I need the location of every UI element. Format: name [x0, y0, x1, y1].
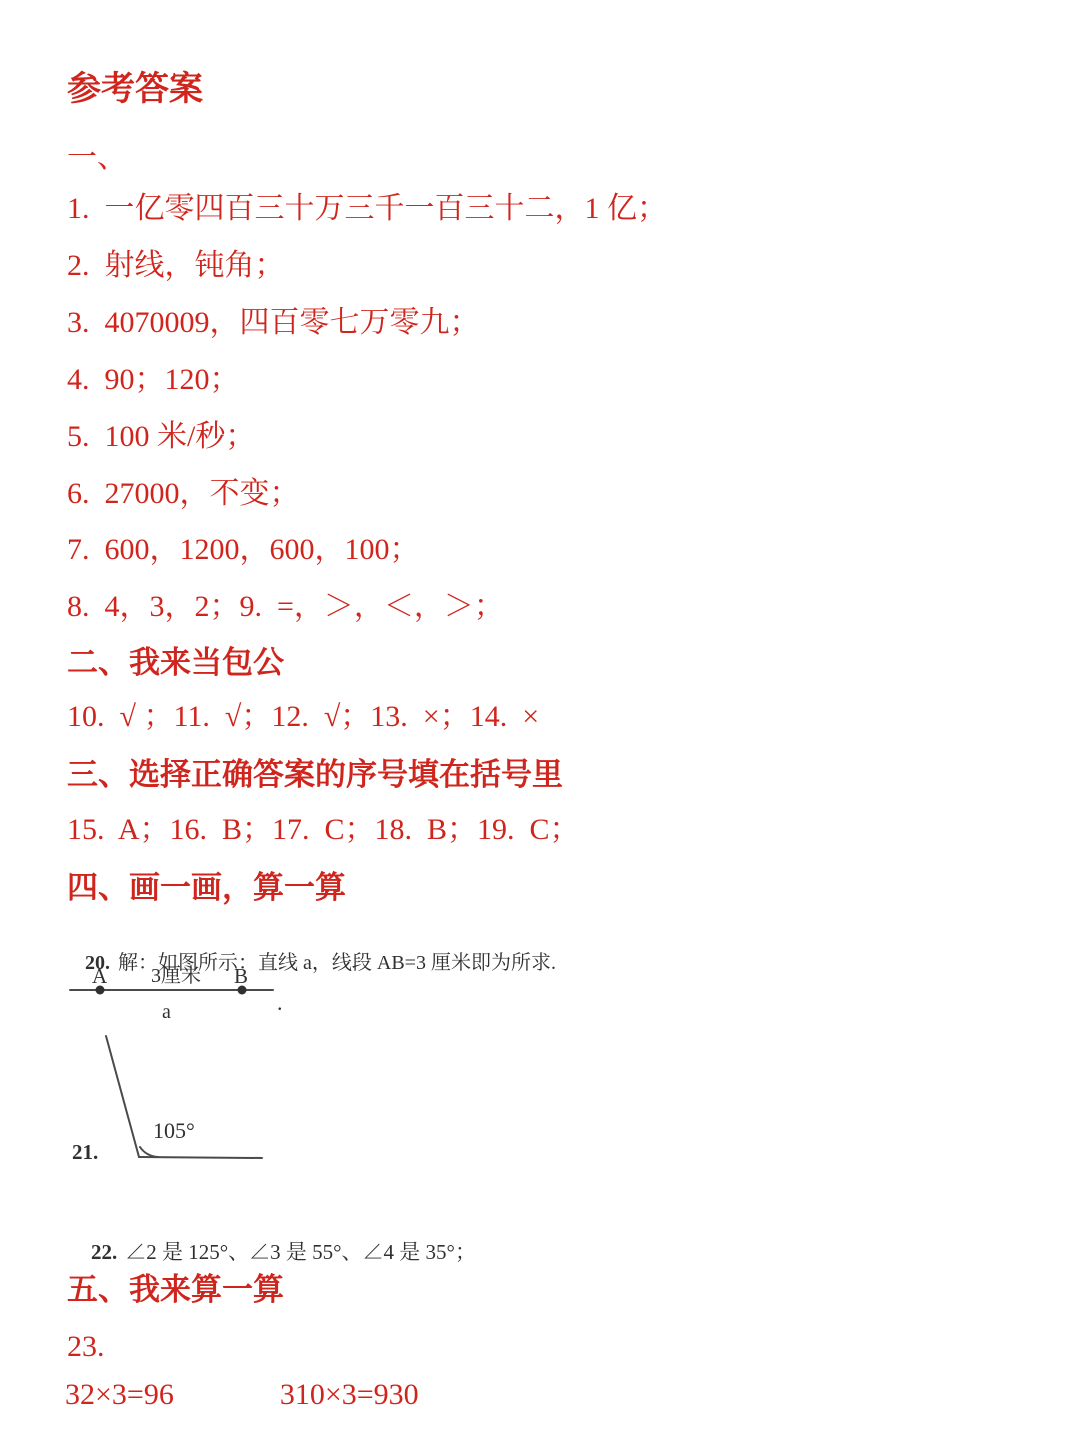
page-title: 参考答案: [67, 70, 203, 109]
point-b-label: B: [234, 964, 248, 988]
section-three-heading: 三、选择正确答案的序号填在括号里: [67, 757, 563, 793]
answer-sheet-page: 参考答案 一、 1. 一亿零四百三十万三千一百三十二，1 亿； 2. 射线，钝角…: [0, 0, 1080, 1455]
question-23-equations: 32×3=96 310×3=930: [65, 1378, 419, 1412]
answer-line-5: 5. 100 米/秒；: [67, 420, 255, 455]
answer-line-4: 4. 90；120；: [67, 363, 240, 398]
angle-upper-ray: [106, 1036, 139, 1157]
section-five-heading: 五、我来算一算: [67, 1272, 284, 1308]
answer-line-3: 3. 4070009，四百零七万零九；: [67, 306, 480, 341]
answer-line-15-19: 15. A；16. B；17. C；18. B；19. C；: [67, 813, 580, 848]
section-one-heading: 一、: [67, 141, 127, 176]
answer-line-2: 2. 射线，钝角；: [67, 249, 285, 284]
answer-line-6: 6. 27000，不变；: [67, 477, 300, 512]
angle-105-diagram: 105°: [58, 1030, 328, 1170]
equation-2: 310×3=930: [280, 1378, 419, 1412]
question-21-number: 21.: [72, 1140, 98, 1165]
segment-ab-diagram: A B 3厘米 a .: [58, 950, 328, 1025]
angle-value-label: 105°: [153, 1118, 195, 1143]
question-22-number: 22.: [91, 1240, 117, 1264]
line-a-label: a: [162, 1001, 171, 1023]
section-two-heading: 二、我来当包公: [67, 645, 284, 681]
angle-arc: [140, 1147, 158, 1157]
section-four-heading: 四、画一画，算一算: [67, 870, 346, 906]
point-a-label: A: [92, 964, 108, 988]
answer-line-7: 7. 600，1200，600，100；: [67, 533, 420, 568]
equation-1: 32×3=96: [65, 1378, 174, 1412]
segment-length-label: 3厘米: [151, 964, 201, 987]
answer-line-1: 1. 一亿零四百三十万三千一百三十二，1 亿；: [67, 192, 667, 227]
answer-line-10-14: 10. √ ；11. √；12. √；13. ×；14. ×: [67, 700, 539, 735]
answer-line-8-9: 8. 4，3，2；9. =，＞，＜，＞；: [67, 590, 504, 625]
question-22-text: ∠2 是 125°、∠3 是 55°、∠4 是 35°；: [125, 1240, 476, 1264]
sentence-period: .: [277, 990, 283, 1015]
question-23-number: 23.: [67, 1330, 105, 1365]
